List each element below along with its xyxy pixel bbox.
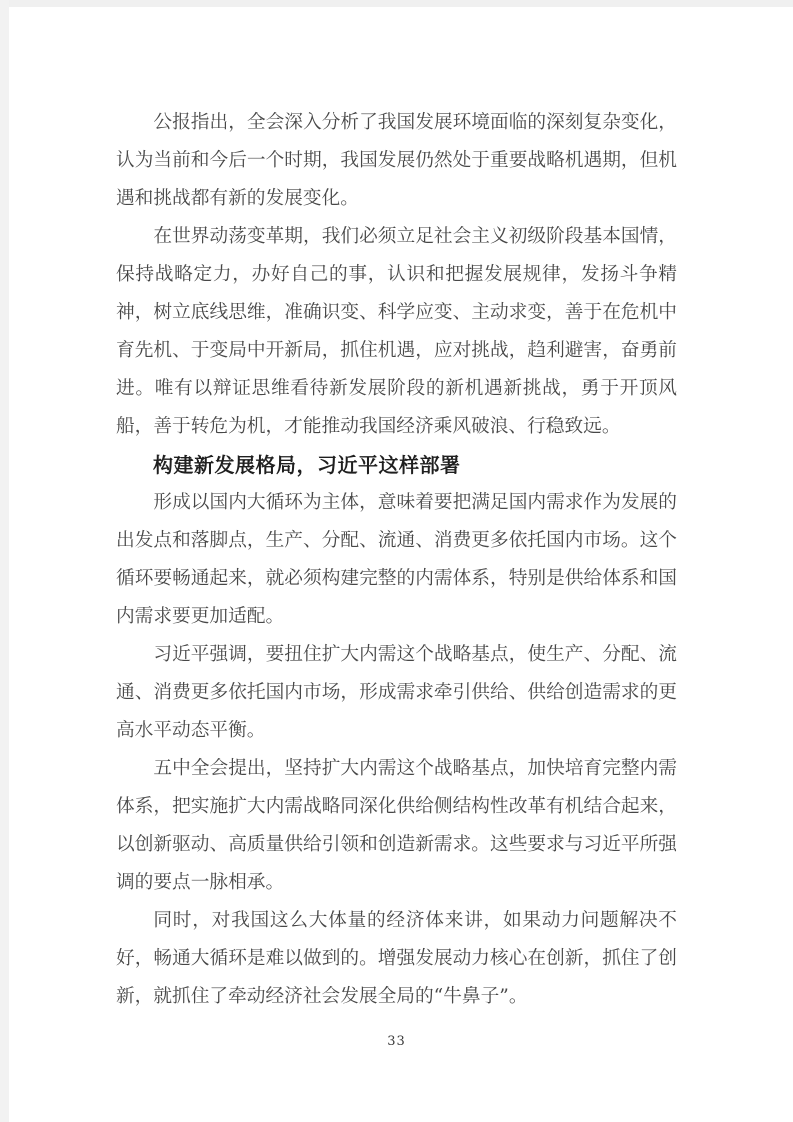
page-edge-top bbox=[0, 0, 793, 7]
page-footer: 33 bbox=[0, 1030, 793, 1049]
paragraph-domestic-cycle: 形成以国内大循环为主体，意味着要把满足国内需求作为发展的出发点和落脚点，生产、分… bbox=[116, 484, 677, 636]
paragraph-world-turbulence: 在世界动荡变革期，我们必须立足社会主义初级阶段基本国情，保持战略定力，办好自己的… bbox=[116, 218, 677, 446]
document-body: 公报指出，全会深入分析了我国发展环境面临的深刻复杂变化，认为当前和今后一个时期，… bbox=[116, 104, 677, 1016]
section-heading: 构建新发展格局，习近平这样部署 bbox=[116, 446, 677, 484]
paragraph-xi-emphasis: 习近平强调，要扭住扩大内需这个战略基点，使生产、分配、流通、消费更多依托国内市场… bbox=[116, 636, 677, 750]
page-number: 33 bbox=[387, 1034, 406, 1049]
paragraph-communique: 公报指出，全会深入分析了我国发展环境面临的深刻复杂变化，认为当前和今后一个时期，… bbox=[116, 104, 677, 218]
paragraph-fifth-plenum: 五中全会提出，坚持扩大内需这个战略基点，加快培育完整内需体系，把实施扩大内需战略… bbox=[116, 750, 677, 902]
paragraph-innovation: 同时，对我国这么大体量的经济体来讲，如果动力问题解决不好，畅通大循环是难以做到的… bbox=[116, 902, 677, 1016]
document-page: 公报指出，全会深入分析了我国发展环境面临的深刻复杂变化，认为当前和今后一个时期，… bbox=[0, 0, 793, 1122]
page-edge-left bbox=[0, 0, 9, 1122]
